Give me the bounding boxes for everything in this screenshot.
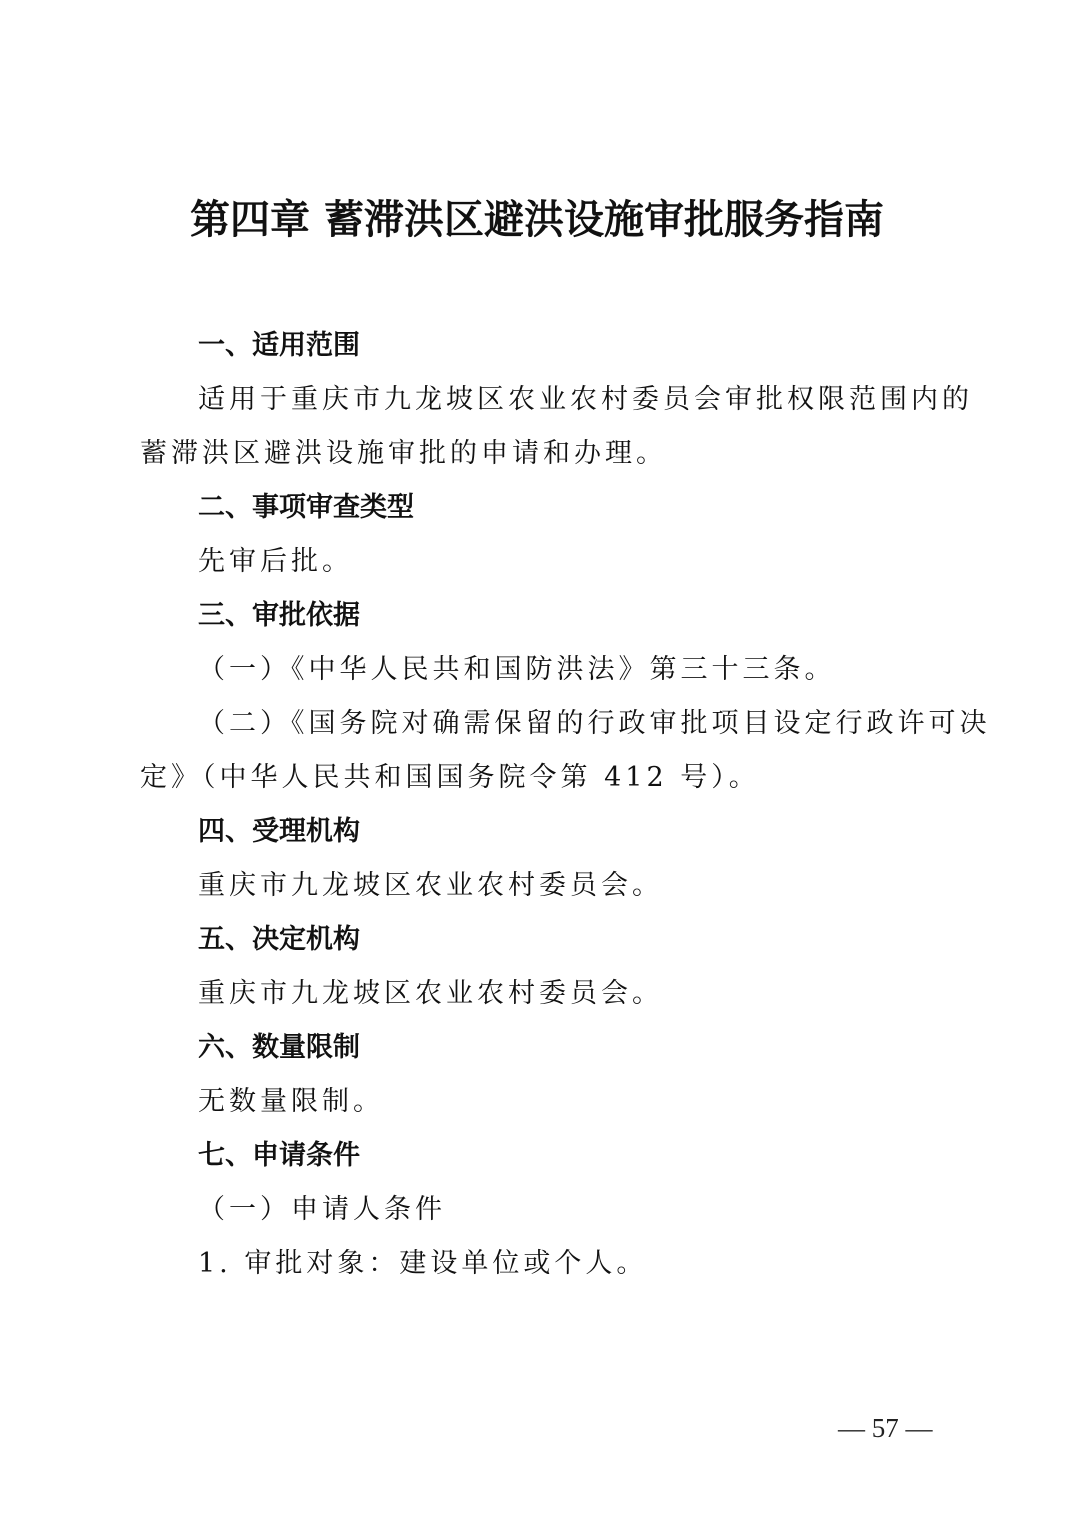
page-number: — 57 — [838, 1410, 933, 1446]
chapter-title: 第四章 蓄滞洪区避洪设施审批服务指南 [0, 192, 1074, 248]
paragraph-line: 先审后批。 [198, 542, 353, 582]
paragraph-line: （一）《中华人民共和国防洪法》第三十三条。 [198, 650, 836, 690]
section-heading-accepting-agency: 四、受理机构 [198, 812, 360, 852]
paragraph-line: 无数量限制。 [198, 1082, 384, 1122]
paragraph-line: （一）申请人条件 [198, 1190, 446, 1230]
section-heading-application-conditions: 七、申请条件 [198, 1136, 360, 1176]
paragraph-line: 定》（中华人民共和国国务院令第 412 号）。 [140, 758, 760, 798]
paragraph-line: 1. 审批对象：建设单位或个人。 [198, 1244, 647, 1284]
section-heading-quantity-limit: 六、数量限制 [198, 1028, 360, 1068]
paragraph-line: 蓄滞洪区避洪设施审批的申请和办理。 [140, 434, 667, 474]
paragraph-line: 重庆市九龙坡区农业农村委员会。 [198, 974, 663, 1014]
section-heading-scope: 一、适用范围 [198, 326, 360, 366]
section-heading-deciding-agency: 五、决定机构 [198, 920, 360, 960]
section-heading-legal-basis: 三、审批依据 [198, 596, 360, 636]
paragraph-line: 适用于重庆市九龙坡区农业农村委员会审批权限范围内的 [198, 380, 973, 420]
paragraph-line: （二）《国务院对确需保留的行政审批项目设定行政许可决 [198, 704, 991, 744]
paragraph-line: 重庆市九龙坡区农业农村委员会。 [198, 866, 663, 906]
section-heading-review-type: 二、事项审查类型 [198, 488, 414, 528]
